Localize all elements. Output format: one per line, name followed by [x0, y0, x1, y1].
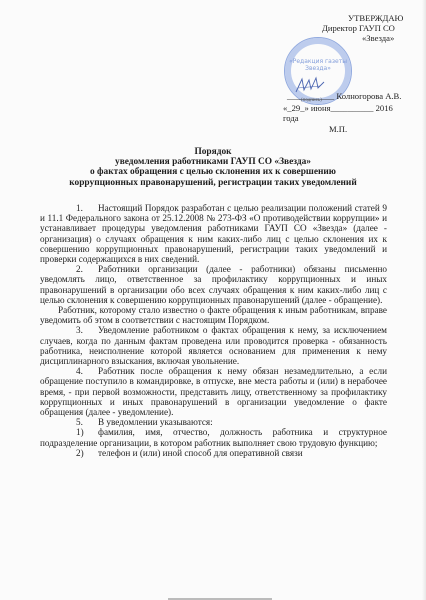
- approval-position: Директор ГАУП СО: [322, 23, 395, 33]
- list-item-number: 2): [58, 448, 98, 458]
- document-body: 1.Настоящий Порядок разработан с целью р…: [40, 203, 387, 458]
- paragraph-2: 2.Работники организации (далее - работни…: [40, 264, 387, 305]
- list-item-text: телефон и (или) иной способ для оператив…: [98, 448, 303, 458]
- paragraph-2-note: Работник, которому стало известно о факт…: [40, 305, 387, 325]
- approval-heading: УТВЕРЖДАЮ: [348, 13, 403, 23]
- approval-org: «Звезда»: [362, 33, 394, 43]
- paragraph-number: 4.: [58, 366, 98, 376]
- document-page: УТВЕРЖДАЮ Директор ГАУП СО «Звезда» «Ред…: [0, 0, 426, 600]
- title-line-2: уведомления работниками ГАУП СО «Звезда»: [40, 157, 386, 167]
- title-line-3: о фактах обращения с целью склонения их …: [40, 167, 386, 177]
- approval-block: УТВЕРЖДАЮ Директор ГАУП СО «Звезда» «Ред…: [0, 0, 426, 130]
- paragraph-number: 2.: [58, 264, 98, 274]
- stamp-text: «Редакция газеты Звезда»: [285, 58, 351, 72]
- paragraph-1: 1.Настоящий Порядок разработан с целью р…: [40, 203, 387, 264]
- paragraph-number: 1.: [58, 203, 98, 213]
- paragraph-number: 5.: [58, 417, 98, 427]
- list-item-1: 1)фамилия, имя, отчество, должность рабо…: [40, 427, 387, 447]
- approval-date-year: года: [283, 113, 299, 123]
- list-item-number: 1): [58, 427, 98, 437]
- paragraph-5: 5.В уведомлении указываются:: [40, 417, 387, 427]
- paragraph-number: 3.: [58, 325, 98, 335]
- list-item-2: 2)телефон и (или) иной способ для операт…: [40, 448, 387, 458]
- seal-mark: М.П.: [329, 124, 347, 134]
- document-title: Порядок уведомления работниками ГАУП СО …: [40, 147, 386, 188]
- paragraph-4: 4.Работник после обращения к нему обязан…: [40, 366, 387, 417]
- title-line-1: Порядок: [40, 147, 386, 157]
- title-line-4: коррупционных правонарушений, регистраци…: [40, 178, 386, 188]
- approval-date: «_29_» июня__________ 2016: [283, 103, 393, 113]
- paragraph-text: Работник, которому стало известно о факт…: [40, 305, 387, 325]
- paragraph-text: В уведомлении указываются:: [98, 417, 213, 427]
- paragraph-3: 3.Уведомление работником о фактах обраще…: [40, 325, 387, 366]
- page-edge-shadow: [422, 0, 426, 600]
